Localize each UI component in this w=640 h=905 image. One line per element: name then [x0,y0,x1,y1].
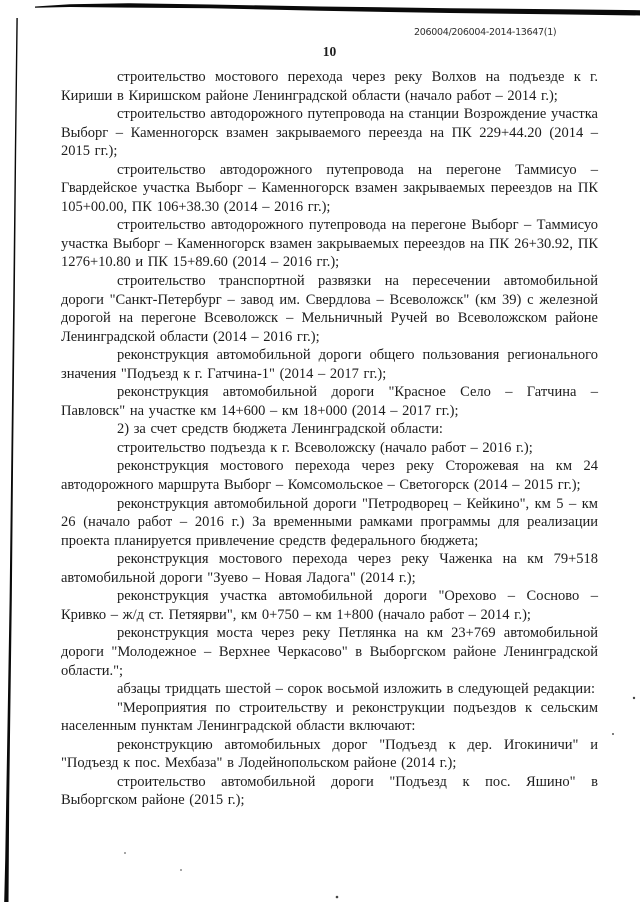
document-paragraph: строительство автодорожного путепровода … [61,161,598,217]
document-paragraph: реконструкция мостового перехода через р… [61,457,598,494]
document-body: строительство мостового перехода через р… [61,68,598,810]
scan-speck [336,896,339,899]
document-page: 206004/206004-2014-13647(1) 10 строитель… [0,0,640,905]
scan-speck [180,869,182,871]
document-paragraph: реконструкция моста через реку Петлянка … [61,624,598,680]
document-paragraph: строительство мостового перехода через р… [61,68,598,105]
document-paragraph: строительство автодорожного путепровода … [61,105,598,161]
document-paragraph: строительство автомобильной дороги "Подъ… [61,773,598,810]
page-number: 10 [61,44,598,60]
scan-speck [633,697,635,699]
document-paragraph: абзацы тридцать шестой – сорок восьмой и… [61,680,598,699]
document-paragraph: реконструкцию автомобильных дорог "Подъе… [61,736,598,773]
document-paragraph: "Мероприятия по строительству и реконстр… [61,699,598,736]
document-paragraph: реконструкция автомобильной дороги общег… [61,346,598,383]
scan-artifact-left-line [4,18,18,902]
scan-artifact-top-line [35,3,640,15]
scan-speck [124,852,126,854]
scan-speck [612,733,614,735]
document-paragraph: реконструкция мостового перехода через р… [61,550,598,587]
document-paragraph: 2) за счет средств бюджета Ленинградской… [61,420,598,439]
document-paragraph: строительство транспортной развязки на п… [61,272,598,346]
document-paragraph: строительство подъезда к г. Всеволожску … [61,439,598,458]
document-paragraph: строительство автодорожного путепровода … [61,216,598,272]
document-paragraph: реконструкция участка автомобильной доро… [61,587,598,624]
header-document-code: 206004/206004-2014-13647(1) [414,27,556,38]
document-paragraph: реконструкция автомобильной дороги "Петр… [61,495,598,551]
document-paragraph: реконструкция автомобильной дороги "Крас… [61,383,598,420]
